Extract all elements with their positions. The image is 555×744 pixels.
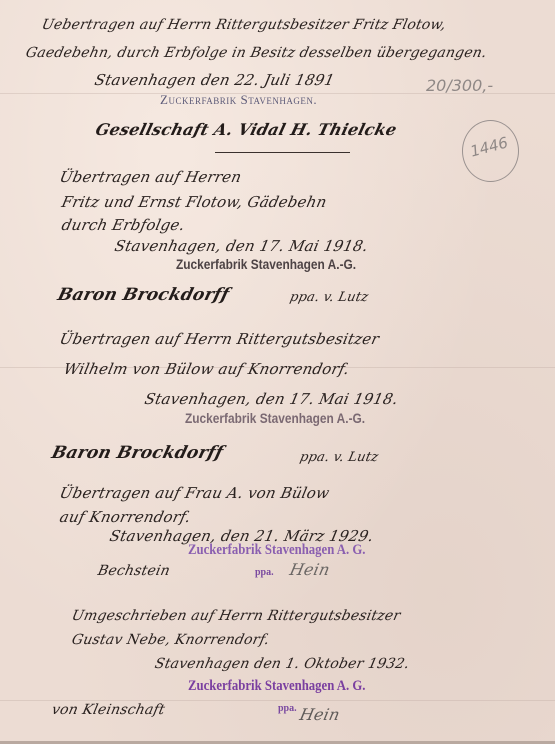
endorsement-4-line2: auf Knorrendorf. (58, 508, 192, 526)
endorsement-3-date: Stavenhagen, den 17. Mai 1918. (143, 390, 400, 408)
pencil-value-annotation: 20/300,- (426, 76, 493, 95)
company-stamp-1918a: Zuckerfabrik Stavenhagen A.-G. (176, 256, 356, 272)
paper-fold (0, 700, 555, 701)
endorsement-1-line1: Uebertragen auf Herrn Rittergutsbesitzer… (40, 17, 447, 33)
company-stamp-1932: Zuckerfabrik Stavenhagen A. G. (188, 678, 365, 695)
company-stamp-1929: Zuckerfabrik Stavenhagen A. G. (188, 542, 365, 559)
endorsement-3-line1: Übertragen auf Herrn Rittergutsbesitzer (58, 330, 381, 348)
endorsement-1-date: Stavenhagen den 22. Juli 1891 (93, 71, 336, 89)
endorsement-2-line2: Fritz und Ernst Flotow, Gädebehn (60, 193, 328, 211)
signature-underline (215, 152, 350, 153)
company-stamp-1891: Zuckerfabrik Stavenhagen. (160, 92, 317, 108)
endorsement-5-signature-right: Hein (298, 705, 342, 724)
endorsement-4-signature-left: Bechstein (96, 563, 171, 579)
endorsement-5-signature-left: von Kleinschaft (50, 702, 166, 718)
endorsement-4-line1: Übertragen auf Frau A. von Bülow (58, 484, 331, 502)
endorsement-2-signature-right: ppa. v. Lutz (288, 290, 369, 305)
document-page: Uebertragen auf Herrn Rittergutsbesitzer… (0, 0, 555, 744)
endorsement-5-line1: Umgeschrieben auf Herrn Rittergutsbesitz… (70, 608, 402, 624)
endorsement-2-line3: durch Erbfolge. (60, 216, 186, 234)
endorsement-1-line2: Gaedebehn, durch Erbfolge in Besitz dess… (24, 45, 488, 61)
endorsement-2-date: Stavenhagen, den 17. Mai 1918. (113, 237, 370, 255)
ppa-stamp: ppa. (278, 703, 297, 714)
endorsement-3-signature-right: ppa. v. Lutz (298, 450, 379, 465)
endorsement-1-signatures: Gesellschaft A. Vidal H. Thielcke (94, 120, 399, 139)
endorsement-5-date: Stavenhagen den 1. Oktober 1932. (153, 656, 411, 672)
endorsement-4-signature-right: Hein (288, 560, 332, 579)
ppa-stamp: ppa. (255, 567, 274, 578)
company-stamp-1918b: Zuckerfabrik Stavenhagen A.-G. (185, 410, 365, 426)
endorsement-5-line2: Gustav Nebe, Knorrendorf. (70, 632, 271, 648)
endorsement-3-signature-left: Baron Brockdorff (50, 443, 226, 463)
endorsement-2-signature-left: Baron Brockdorff (56, 285, 232, 305)
endorsement-3-line2: Wilhelm von Bülow auf Knorrendorf. (62, 360, 351, 378)
endorsement-2-line1: Übertragen auf Herren (58, 168, 243, 186)
